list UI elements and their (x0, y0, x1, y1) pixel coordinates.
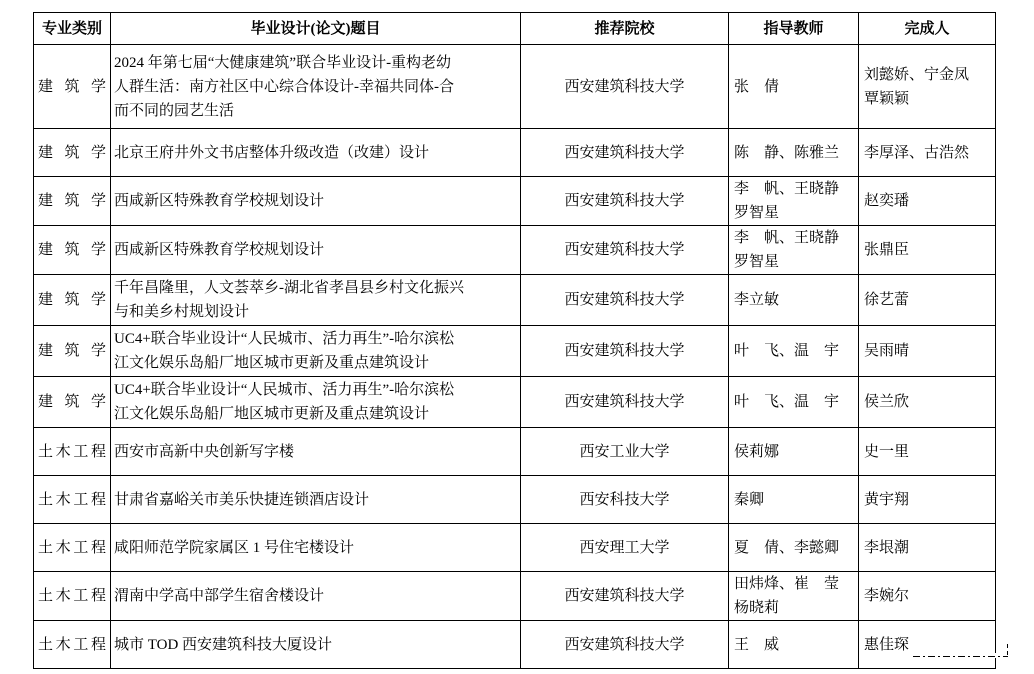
thesis-table: 专业类别 毕业设计(论文)题目 推荐院校 指导教师 完成人 建筑学 2024 年… (33, 12, 996, 669)
title-cell: 西安市高新中央创新写字楼 (111, 428, 521, 476)
table-row: 建筑学 2024 年第七届“大健康建筑”联合毕业设计-重构老幼 人群生活：南方社… (34, 45, 996, 129)
header-title: 毕业设计(论文)题目 (111, 13, 521, 45)
page-break-dashed-line (913, 656, 1008, 657)
major-cell: 土木工程 (34, 572, 111, 621)
school-cell: 西安建筑科技大学 (521, 45, 729, 129)
title-cell: 甘肃省嘉峪关市美乐快捷连锁酒店设计 (111, 476, 521, 524)
completer-cell: 刘懿娇、宁金凤 覃颖颖 (859, 45, 996, 129)
table-row: 建筑学 UC4+联合毕业设计“人民城市、活力再生”-哈尔滨松 江文化娱乐岛船厂地… (34, 377, 996, 428)
title-cell: 千年昌隆里，人文荟萃乡-湖北省孝昌县乡村文化振兴 与和美乡村规划设计 (111, 275, 521, 326)
advisor-cell: 秦卿 (729, 476, 859, 524)
header-completer: 完成人 (859, 13, 996, 45)
title-cell: 北京王府井外文书店整体升级改造（改建）设计 (111, 129, 521, 177)
major-cell: 土木工程 (34, 621, 111, 669)
major-cell: 土木工程 (34, 476, 111, 524)
school-cell: 西安建筑科技大学 (521, 621, 729, 669)
major-cell: 建筑学 (34, 45, 111, 129)
header-major: 专业类别 (34, 13, 111, 45)
major-cell: 土木工程 (34, 524, 111, 572)
title-cell: 2024 年第七届“大健康建筑”联合毕业设计-重构老幼 人群生活：南方社区中心综… (111, 45, 521, 129)
title-cell: 渭南中学高中部学生宿舍楼设计 (111, 572, 521, 621)
table-row: 土木工程 城市 TOD 西安建筑科技大厦设计 西安建筑科技大学 王 威 惠佳琛 (34, 621, 996, 669)
header-school: 推荐院校 (521, 13, 729, 45)
title-cell: UC4+联合毕业设计“人民城市、活力再生”-哈尔滨松 江文化娱乐岛船厂地区城市更… (111, 326, 521, 377)
school-cell: 西安建筑科技大学 (521, 572, 729, 621)
completer-cell: 张鼎臣 (859, 226, 996, 275)
advisor-cell: 侯莉娜 (729, 428, 859, 476)
title-cell: UC4+联合毕业设计“人民城市、活力再生”-哈尔滨松 江文化娱乐岛船厂地区城市更… (111, 377, 521, 428)
completer-cell: 黄宇翔 (859, 476, 996, 524)
advisor-cell: 李 帆、王晓静 罗智星 (729, 177, 859, 226)
major-cell: 建筑学 (34, 226, 111, 275)
title-cell: 咸阳师范学院家属区 1 号住宅楼设计 (111, 524, 521, 572)
school-cell: 西安建筑科技大学 (521, 275, 729, 326)
school-cell: 西安建筑科技大学 (521, 226, 729, 275)
advisor-cell: 李 帆、王晓静 罗智星 (729, 226, 859, 275)
school-cell: 西安理工大学 (521, 524, 729, 572)
header-advisor: 指导教师 (729, 13, 859, 45)
completer-cell: 徐艺蕾 (859, 275, 996, 326)
major-cell: 建筑学 (34, 377, 111, 428)
title-cell: 西咸新区特殊教育学校规划设计 (111, 226, 521, 275)
school-cell: 西安科技大学 (521, 476, 729, 524)
advisor-cell: 夏 倩、李懿卿 (729, 524, 859, 572)
table-row: 土木工程 西安市高新中央创新写字楼 西安工业大学 侯莉娜 史一里 (34, 428, 996, 476)
completer-cell: 赵奕璠 (859, 177, 996, 226)
advisor-cell: 叶 飞、温 宇 (729, 326, 859, 377)
major-cell: 建筑学 (34, 275, 111, 326)
completer-cell: 李婉尔 (859, 572, 996, 621)
completer-cell: 李垠潮 (859, 524, 996, 572)
advisor-cell: 陈 静、陈雅兰 (729, 129, 859, 177)
completer-cell: 李厚泽、古浩然 (859, 129, 996, 177)
table-row: 土木工程 渭南中学高中部学生宿舍楼设计 西安建筑科技大学 田炜烽、崔 莹 杨晓莉… (34, 572, 996, 621)
advisor-cell: 叶 飞、温 宇 (729, 377, 859, 428)
major-cell: 建筑学 (34, 326, 111, 377)
title-cell: 城市 TOD 西安建筑科技大厦设计 (111, 621, 521, 669)
school-cell: 西安建筑科技大学 (521, 129, 729, 177)
completer-cell: 史一里 (859, 428, 996, 476)
school-cell: 西安工业大学 (521, 428, 729, 476)
header-row: 专业类别 毕业设计(论文)题目 推荐院校 指导教师 完成人 (34, 13, 996, 45)
table-row: 土木工程 咸阳师范学院家属区 1 号住宅楼设计 西安理工大学 夏 倩、李懿卿 李… (34, 524, 996, 572)
title-cell: 西咸新区特殊教育学校规划设计 (111, 177, 521, 226)
major-cell: 建筑学 (34, 177, 111, 226)
table-row: 建筑学 UC4+联合毕业设计“人民城市、活力再生”-哈尔滨松 江文化娱乐岛船厂地… (34, 326, 996, 377)
advisor-cell: 李立敏 (729, 275, 859, 326)
school-cell: 西安建筑科技大学 (521, 177, 729, 226)
advisor-cell: 王 威 (729, 621, 859, 669)
school-cell: 西安建筑科技大学 (521, 377, 729, 428)
document-page: 专业类别 毕业设计(论文)题目 推荐院校 指导教师 完成人 建筑学 2024 年… (0, 0, 1034, 674)
advisor-cell: 田炜烽、崔 莹 杨晓莉 (729, 572, 859, 621)
table-row: 建筑学 西咸新区特殊教育学校规划设计 西安建筑科技大学 李 帆、王晓静 罗智星 … (34, 177, 996, 226)
table-row: 建筑学 西咸新区特殊教育学校规划设计 西安建筑科技大学 李 帆、王晓静 罗智星 … (34, 226, 996, 275)
completer-cell: 吴雨晴 (859, 326, 996, 377)
table-row: 建筑学 千年昌隆里，人文荟萃乡-湖北省孝昌县乡村文化振兴 与和美乡村规划设计 西… (34, 275, 996, 326)
major-cell: 建筑学 (34, 129, 111, 177)
advisor-cell: 张 倩 (729, 45, 859, 129)
table-row: 土木工程 甘肃省嘉峪关市美乐快捷连锁酒店设计 西安科技大学 秦卿 黄宇翔 (34, 476, 996, 524)
completer-cell: 侯兰欣 (859, 377, 996, 428)
page-break-dash-tick (1007, 644, 1008, 657)
major-cell: 土木工程 (34, 428, 111, 476)
table-row: 建筑学 北京王府井外文书店整体升级改造（改建）设计 西安建筑科技大学 陈 静、陈… (34, 129, 996, 177)
school-cell: 西安建筑科技大学 (521, 326, 729, 377)
completer-cell: 惠佳琛 (859, 621, 996, 669)
